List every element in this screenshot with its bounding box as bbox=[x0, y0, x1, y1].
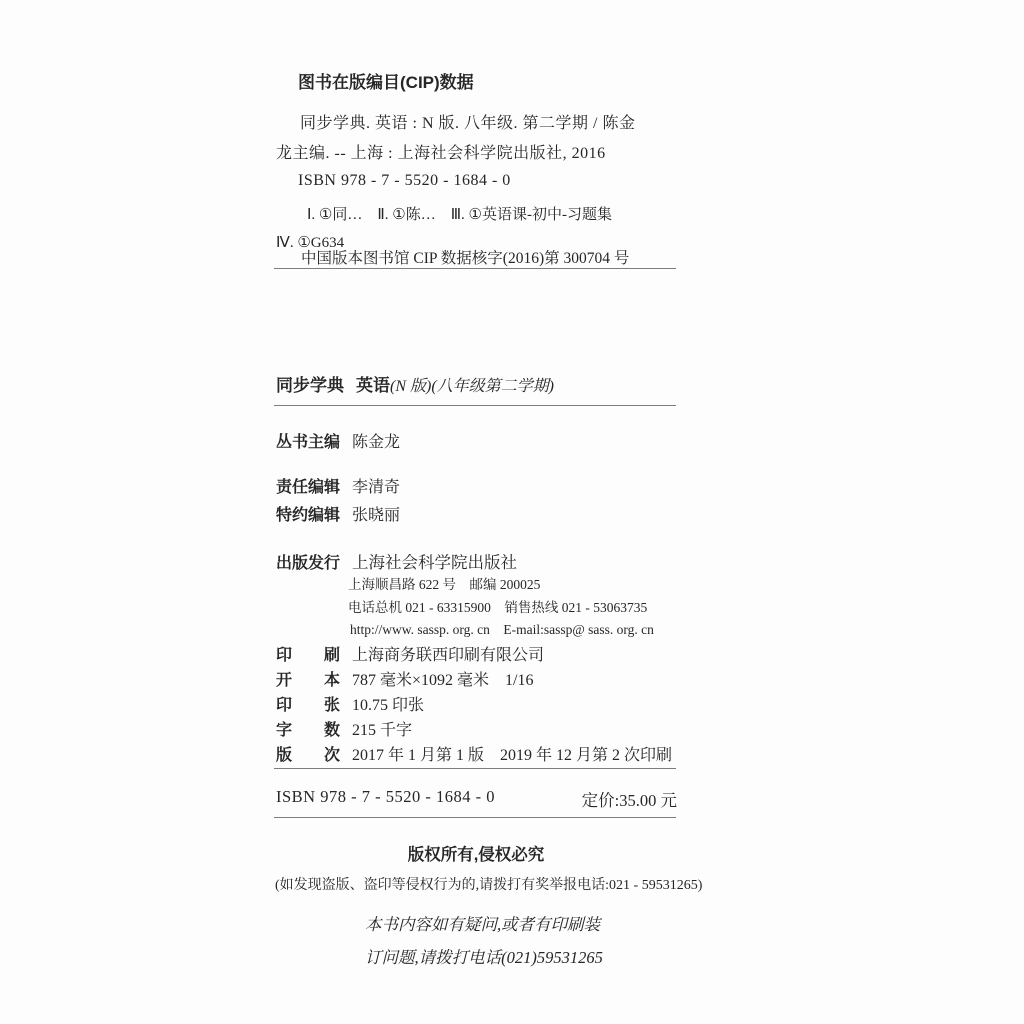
print-row-format: 开本 787 毫米×1092 毫米 1/16 bbox=[276, 667, 533, 690]
copyright-page: 图书在版编目(CIP)数据 同步学典. 英语 : N 版. 八年级. 第二学期 … bbox=[0, 0, 1024, 1024]
print-label: 开本 bbox=[276, 667, 340, 690]
print-row-edition: 版次 2017 年 1 月第 1 版 2019 年 12 月第 2 次印刷 bbox=[276, 742, 672, 765]
credit-label: 责任编辑 bbox=[276, 474, 340, 497]
credit-value: 陈金龙 bbox=[352, 434, 400, 451]
subject-title: 英语 bbox=[356, 376, 390, 395]
print-value: 2017 年 1 月第 1 版 2019 年 12 月第 2 次印刷 bbox=[352, 747, 672, 764]
divider-cip-bottom bbox=[274, 268, 676, 269]
publisher-address-line: 上海顺昌路 622 号 邮编 200025 bbox=[348, 573, 540, 593]
cip-isbn-line: ISBN 978 - 7 - 5520 - 1684 - 0 bbox=[298, 172, 511, 190]
service-note-line-1: 本书内容如有疑问,或者有印刷装 bbox=[365, 908, 603, 941]
credit-value: 李清奇 bbox=[352, 479, 400, 496]
copyright-notice: 版权所有,侵权必究 bbox=[275, 841, 677, 865]
credit-value: 张晓丽 bbox=[352, 507, 400, 524]
divider-isbn-top bbox=[274, 768, 676, 769]
edition-note: (N 版)(八年级第二学期) bbox=[390, 378, 554, 395]
price-text: 定价:35.00 元 bbox=[582, 787, 677, 811]
credit-row-chief-editor: 丛书主编 陈金龙 bbox=[276, 429, 400, 452]
credit-row-special-editor: 特约编辑 张晓丽 bbox=[276, 502, 400, 525]
print-row-sheets: 印张 10.75 印张 bbox=[276, 692, 424, 715]
publisher-name: 上海社会科学院出版社 bbox=[352, 553, 517, 572]
publisher-label: 出版发行 bbox=[276, 550, 340, 573]
cip-description-line-2: 龙主编. -- 上海 : 上海社会科学院出版社, 2016 bbox=[276, 140, 606, 163]
divider-title-bottom bbox=[274, 405, 676, 406]
print-row-printer: 印刷 上海商务联西印刷有限公司 bbox=[276, 642, 544, 665]
print-label: 字数 bbox=[276, 717, 340, 740]
series-title: 同步学典 bbox=[276, 376, 344, 395]
credit-label: 丛书主编 bbox=[276, 429, 340, 452]
print-label: 印张 bbox=[276, 692, 340, 715]
piracy-hotline-note: (如发现盗版、盗印等侵权行为的,请拨打有奖举报电话:021 - 59531265… bbox=[275, 874, 677, 894]
publisher-web-email-line: http://www. sassp. org. cn E-mail:sassp@… bbox=[350, 618, 654, 638]
publisher-row: 出版发行 上海社会科学院出版社 bbox=[276, 549, 517, 573]
credit-row-responsible-editor: 责任编辑 李清奇 bbox=[276, 474, 400, 497]
print-value: 上海商务联西印刷有限公司 bbox=[352, 647, 544, 664]
service-note-line-2: 订问题,请拨打电话(021)59531265 bbox=[365, 941, 603, 974]
service-note: 本书内容如有疑问,或者有印刷装 订问题,请拨打电话(021)59531265 bbox=[365, 908, 603, 974]
print-label: 印刷 bbox=[276, 642, 340, 665]
print-label: 版次 bbox=[276, 742, 340, 765]
book-title-row: 同步学典英语(N 版)(八年级第二学期) bbox=[276, 371, 554, 396]
cip-description-line-1: 同步学典. 英语 : N 版. 八年级. 第二学期 / 陈金 bbox=[300, 110, 635, 133]
credit-label: 特约编辑 bbox=[276, 502, 340, 525]
isbn-text: ISBN 978 - 7 - 5520 - 1684 - 0 bbox=[276, 787, 495, 807]
cip-heading: 图书在版编目(CIP)数据 bbox=[298, 68, 474, 93]
publisher-phone-line: 电话总机 021 - 63315900 销售热线 021 - 53063735 bbox=[348, 596, 647, 616]
cip-classification-line-1: Ⅰ. ①同… Ⅱ. ①陈… Ⅲ. ①英语课-初中-习题集 bbox=[307, 203, 612, 224]
print-row-word-count: 字数 215 千字 bbox=[276, 717, 412, 740]
print-value: 787 毫米×1092 毫米 1/16 bbox=[352, 672, 533, 689]
print-value: 215 千字 bbox=[352, 722, 412, 739]
cip-registry-line: 中国版本图书馆 CIP 数据核字(2016)第 300704 号 bbox=[301, 246, 629, 268]
divider-isbn-bottom bbox=[274, 817, 676, 818]
print-value: 10.75 印张 bbox=[352, 697, 424, 714]
